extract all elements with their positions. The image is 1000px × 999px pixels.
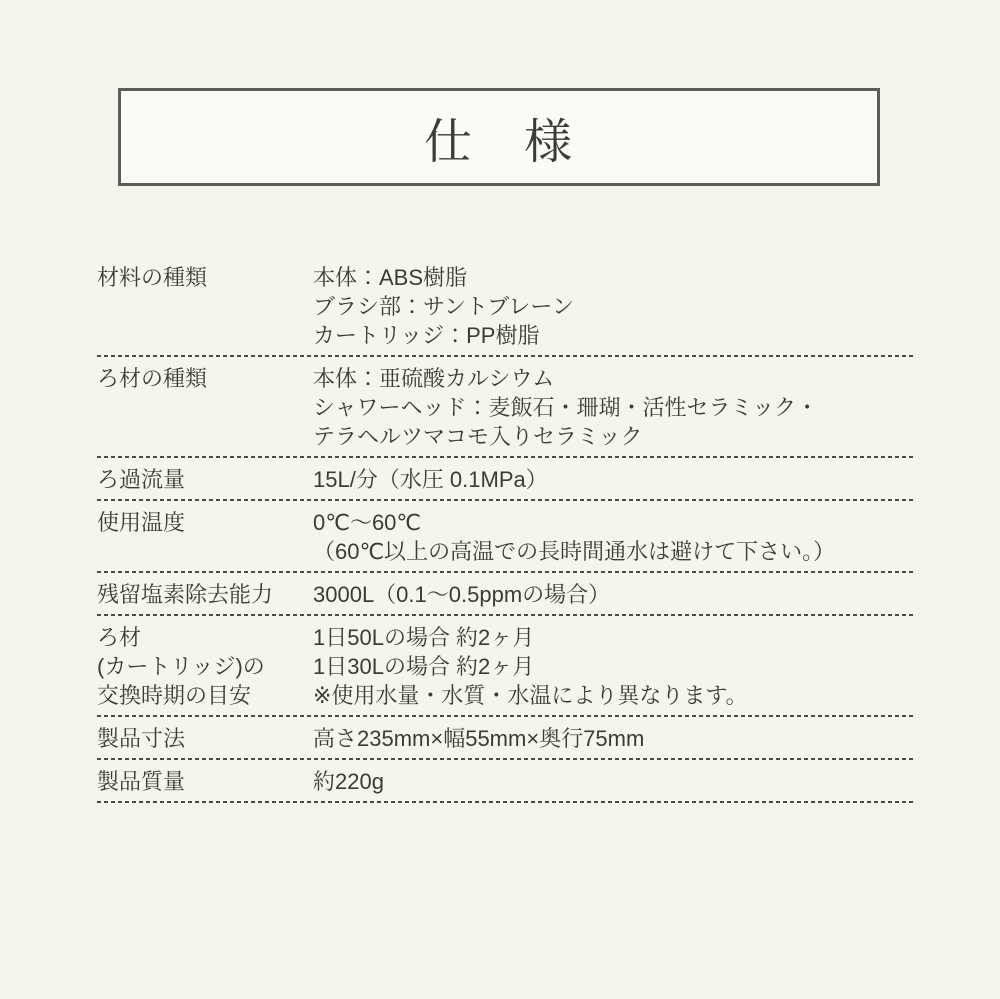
spec-label-line: 製品質量 [97, 767, 313, 796]
spec-value-line: 本体：ABS樹脂 [313, 263, 913, 292]
spec-value-line: 約220g [313, 767, 913, 796]
spec-row-value: 1日50Lの場合 約2ヶ月1日30Lの場合 約2ヶ月※使用水量・水質・水温により… [313, 623, 913, 710]
spec-value-line: 高さ235mm×幅55mm×奥行75mm [313, 724, 913, 753]
spec-label-line: 交換時期の目安 [97, 681, 313, 710]
spec-row-value: 約220g [313, 767, 913, 796]
spec-table: 材料の種類 本体：ABS樹脂ブラシ部：サントブレーンカートリッジ：PP樹脂 ろ材… [97, 256, 913, 803]
spec-value-line: 15L/分（水圧 0.1MPa） [313, 465, 913, 494]
spec-row-value: 本体：亜硫酸カルシウムシャワーヘッド：麦飯石・珊瑚・活性セラミック・テラヘルツマ… [313, 364, 913, 451]
spec-row-label: 製品質量 [97, 767, 313, 796]
spec-title-box: 仕 様 [118, 88, 880, 186]
spec-value-line: シャワーヘッド：麦飯石・珊瑚・活性セラミック・ [313, 393, 913, 422]
spec-label-line: 残留塩素除去能力 [97, 580, 313, 609]
spec-value-line: 1日50Lの場合 約2ヶ月 [313, 623, 913, 652]
spec-value-line: 3000L（0.1〜0.5ppmの場合） [313, 580, 913, 609]
spec-row-label: 材料の種類 [97, 263, 313, 350]
spec-label-line: 製品寸法 [97, 724, 313, 753]
spec-title: 仕 様 [424, 103, 574, 172]
spec-label-line: ろ材の種類 [97, 364, 313, 393]
spec-value-line: カートリッジ：PP樹脂 [313, 321, 913, 350]
spec-row: 製品質量 約220g [97, 760, 913, 801]
spec-row: 材料の種類 本体：ABS樹脂ブラシ部：サントブレーンカートリッジ：PP樹脂 [97, 256, 913, 355]
spec-row-label: ろ材の種類 [97, 364, 313, 451]
spec-row: 使用温度 0℃〜60℃（60℃以上の高温での長時間通水は避けて下さい。） [97, 501, 913, 571]
spec-row-label: 製品寸法 [97, 724, 313, 753]
spec-row-label: ろ材(カートリッジ)の交換時期の目安 [97, 623, 313, 710]
spec-value-line: ※使用水量・水質・水温により異なります。 [313, 681, 913, 710]
spec-row: 残留塩素除去能力 3000L（0.1〜0.5ppmの場合） [97, 573, 913, 614]
spec-label-line: ろ過流量 [97, 465, 313, 494]
spec-value-line: （60℃以上の高温での長時間通水は避けて下さい。） [313, 537, 913, 566]
spec-label-line: ろ材 [97, 623, 313, 652]
spec-row-value: 15L/分（水圧 0.1MPa） [313, 465, 913, 494]
spec-row-value: 0℃〜60℃（60℃以上の高温での長時間通水は避けて下さい。） [313, 508, 913, 566]
spec-label-line: (カートリッジ)の [97, 652, 313, 681]
spec-row-value: 3000L（0.1〜0.5ppmの場合） [313, 580, 913, 609]
spec-value-line: 本体：亜硫酸カルシウム [313, 364, 913, 393]
spec-row: 製品寸法 高さ235mm×幅55mm×奥行75mm [97, 717, 913, 758]
spec-label-line: 使用温度 [97, 508, 313, 537]
spec-label-line: 材料の種類 [97, 263, 313, 292]
spec-row-value: 本体：ABS樹脂ブラシ部：サントブレーンカートリッジ：PP樹脂 [313, 263, 913, 350]
spec-row: ろ過流量 15L/分（水圧 0.1MPa） [97, 458, 913, 499]
spec-value-line: 0℃〜60℃ [313, 508, 913, 537]
spec-row-label: 使用温度 [97, 508, 313, 566]
spec-row-value: 高さ235mm×幅55mm×奥行75mm [313, 724, 913, 753]
spec-value-line: 1日30Lの場合 約2ヶ月 [313, 652, 913, 681]
spec-row: ろ材の種類 本体：亜硫酸カルシウムシャワーヘッド：麦飯石・珊瑚・活性セラミック・… [97, 357, 913, 456]
spec-value-line: ブラシ部：サントブレーン [313, 292, 913, 321]
spec-value-line: テラヘルツマコモ入りセラミック [313, 422, 913, 451]
spec-row-label: 残留塩素除去能力 [97, 580, 313, 609]
spec-row-label: ろ過流量 [97, 465, 313, 494]
row-separator [97, 801, 913, 803]
spec-row: ろ材(カートリッジ)の交換時期の目安 1日50Lの場合 約2ヶ月1日30Lの場合… [97, 616, 913, 715]
